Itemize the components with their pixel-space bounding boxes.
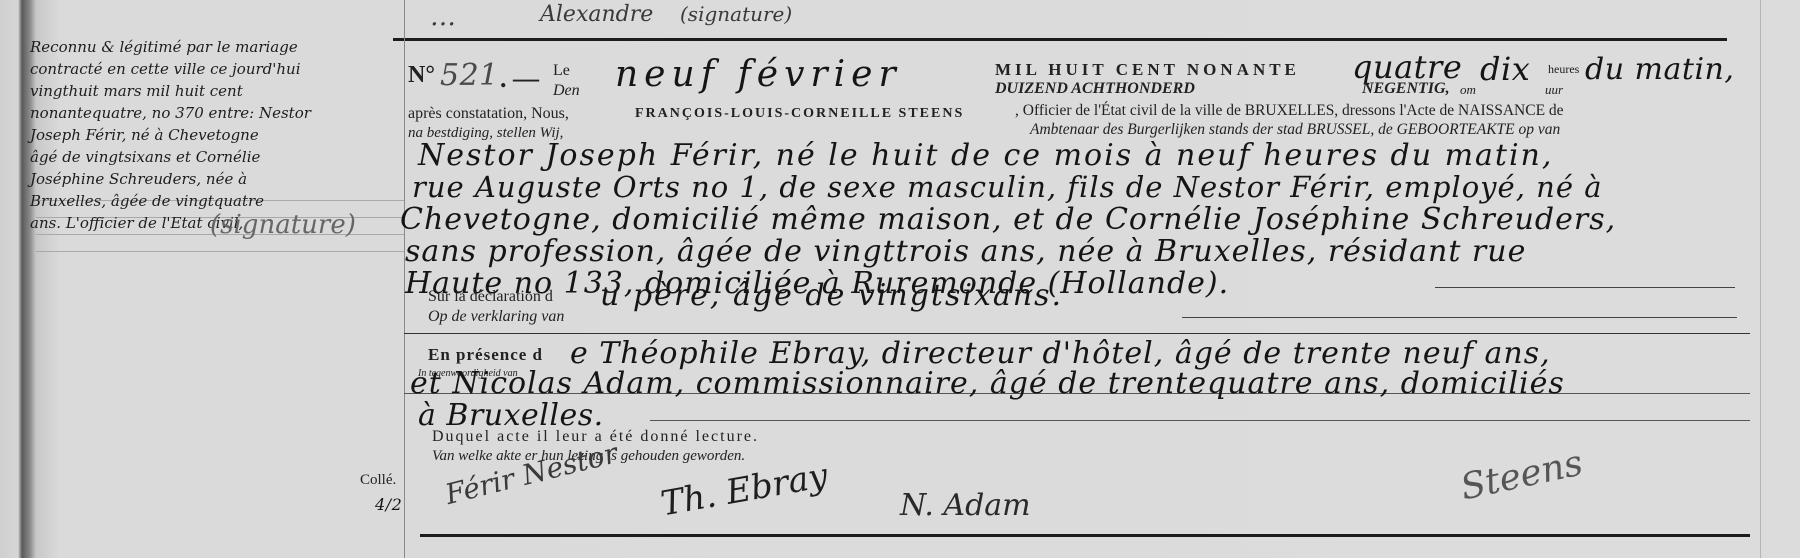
om-label: om <box>1460 82 1476 98</box>
officer-name: FRANÇOIS-LOUIS-CORNEILLE STEENS <box>635 106 964 122</box>
entry-dash: . — <box>500 64 539 94</box>
body-line-1: Nestor Joseph Férir, né le huit de ce mo… <box>418 138 1553 173</box>
margin-line: âgé de vingtsixans et Cornélie <box>30 146 311 168</box>
entry-number: 521 <box>440 58 499 93</box>
witness-label-fr: En présence d <box>428 345 543 365</box>
declaration-label-fr: Sur la déclaration d <box>428 288 553 306</box>
prev-signature-3: (signature) <box>680 2 792 26</box>
le-nl: Den <box>553 82 580 100</box>
officer-role-fr: , Officier de l'État civil de la ville d… <box>1015 102 1564 120</box>
entry-number-label: N° <box>408 62 435 89</box>
declaration-label-nl: Op de verklaring van <box>428 308 564 326</box>
hour-handwritten: dix <box>1480 50 1530 88</box>
bottom-rule <box>420 534 1750 537</box>
margin-line: vingthuit mars mil huit cent <box>30 80 311 102</box>
witness2-signature: N. Adam <box>900 488 1031 523</box>
apres-fr: après constatation, Nous, <box>408 105 569 123</box>
heure-nl: uur <box>1545 82 1563 98</box>
witness-fill-line <box>650 420 1750 421</box>
body-line-2: rue Auguste Orts no 1, de sexe masculin,… <box>412 170 1603 204</box>
le-fr: Le <box>553 62 570 80</box>
margin-line: Joséphine Schreuders, née à <box>30 168 311 190</box>
margin-annotation: Reconnu & légitimé par le mariage contra… <box>30 36 311 234</box>
year-fr: MIL HUIT CENT NONANTE <box>995 60 1300 80</box>
margin-officer-signature: (signature) <box>210 210 356 240</box>
top-rule <box>393 38 1727 41</box>
margin-line: contracté en cette ville ce jourd'hui <box>30 58 311 80</box>
margin-ruling <box>36 251 404 252</box>
body-line-3: Chevetogne, domicilié même maison, et de… <box>400 202 1616 237</box>
colle-label: Collé. <box>360 472 396 489</box>
margin-line: nonantequatre, no 370 entre: Nestor <box>30 102 311 124</box>
colle-mark: 4/2 <box>375 495 402 514</box>
negentig: NEGENTIG, <box>1362 80 1450 98</box>
margin-line: Bruxelles, âgée de vingtquatre <box>30 190 311 212</box>
declaration-rule <box>404 333 1750 334</box>
right-vertical-line <box>1760 0 1761 558</box>
time-handwritten: du matin, <box>1585 52 1734 87</box>
margin-line: Joseph Férir, né à Chevetogne <box>30 124 311 146</box>
officer-role-nl: Ambtenaar des Burgerlijken stands der st… <box>1030 121 1560 139</box>
declarant-text: u père, âgé de vingtsixans. <box>600 278 1063 313</box>
year-nl: DUIZEND ACHTHONDERD <box>995 80 1195 98</box>
witness1-signature: Th. Ebray <box>658 456 831 525</box>
prev-signature-1: … <box>430 2 456 32</box>
margin-line: Reconnu & légitimé par le mariage <box>30 36 311 58</box>
officer-signature: Steens <box>1457 443 1586 509</box>
heure-fr: heures <box>1548 62 1579 77</box>
prev-signature-2: Alexandre <box>540 2 653 27</box>
register-page: … Alexandre (signature) Reconnu & légiti… <box>0 0 1800 558</box>
body-line-4: sans profession, âgée de vingttrois ans,… <box>405 234 1526 269</box>
declaration-fill-line <box>1182 317 1737 318</box>
body-fill-line <box>1435 287 1735 288</box>
date-handwritten: neuf février <box>615 54 902 95</box>
witness-line-2: et Nicolas Adam, commissionnaire, âgé de… <box>410 366 1565 401</box>
